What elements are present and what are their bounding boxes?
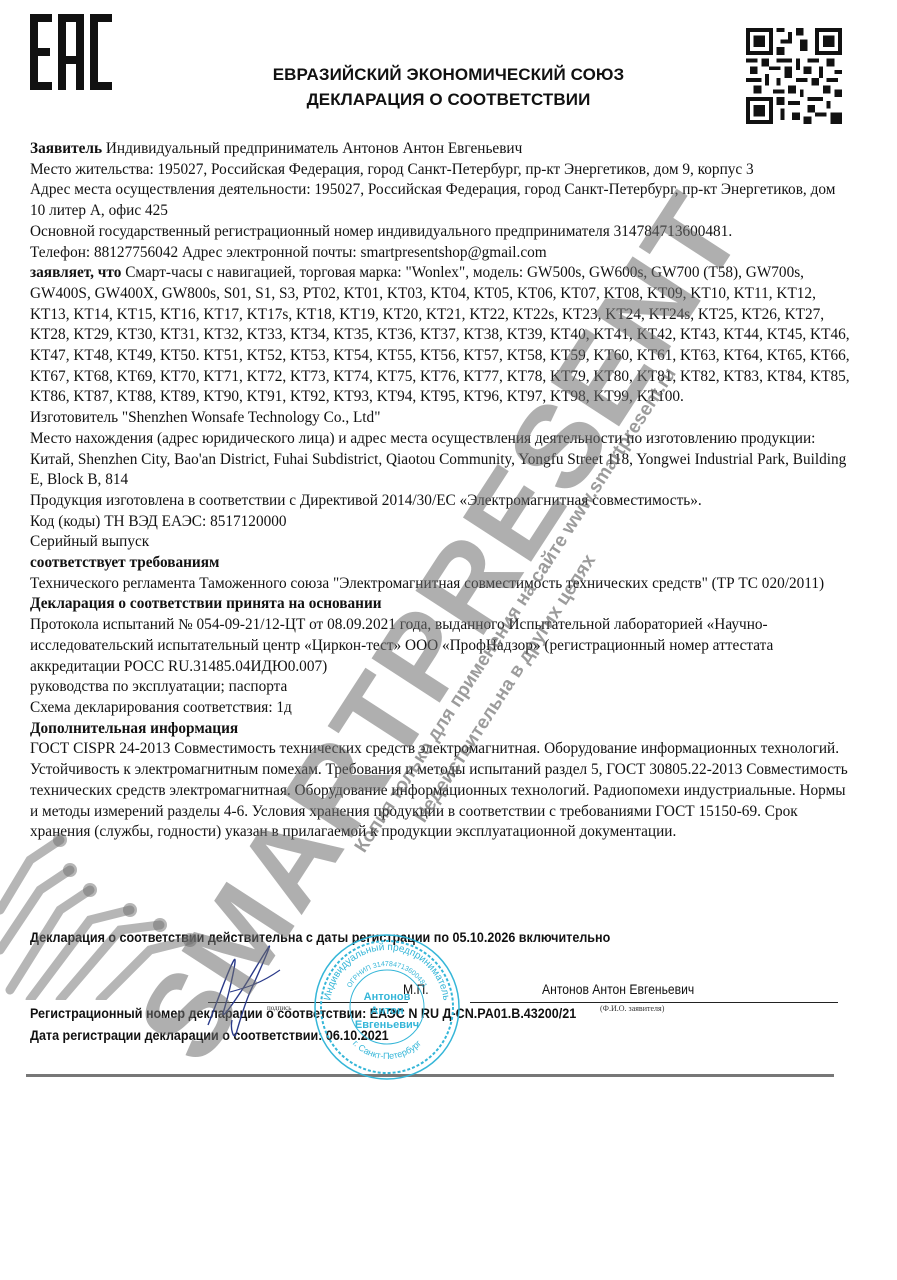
qr-code-icon	[746, 26, 842, 126]
applicant-activity-address: Адрес места осуществления деятельности: …	[30, 180, 850, 221]
declares-paragraph: заявляет, что Смарт-часы с навигацией, т…	[30, 263, 850, 408]
svg-text:г. Санкт-Петербург: г. Санкт-Петербург	[351, 1038, 424, 1061]
manufacturer-address: Место нахождения (адрес юридического лиц…	[30, 429, 850, 491]
basis-protocol: Протокола испытаний № 054-09-21/12-ЦТ от…	[30, 615, 850, 677]
name-line	[470, 1002, 838, 1003]
declares-label: заявляет, что	[30, 264, 121, 281]
tn-ved-code: Код (коды) ТН ВЭД ЕАЭС: 8517120000	[30, 512, 850, 533]
applicant-ogrn: Основной государственный регистрационный…	[30, 222, 850, 243]
applicant-label: Заявитель	[30, 140, 102, 157]
declaration-body: Заявитель Индивидуальный предприниматель…	[30, 139, 850, 843]
registration-number: Регистрационный номер декларации о соотв…	[30, 1006, 576, 1021]
release-type: Серийный выпуск	[30, 532, 850, 553]
manufacturer-directive: Продукция изготовлена в соответствии с Д…	[30, 491, 850, 512]
applicant-contacts: Телефон: 88127756042 Адрес электронной п…	[30, 243, 850, 264]
applicant-line: Заявитель Индивидуальный предприниматель…	[30, 139, 850, 160]
basis-heading: Декларация о соответствии принята на осн…	[30, 594, 850, 615]
conformity-text: Технического регламента Таможенного союз…	[30, 574, 850, 595]
additional-heading: Дополнительная информация	[30, 719, 850, 740]
manufacturer-name: Изготовитель "Shenzhen Wonsafe Technolog…	[30, 408, 850, 429]
basis-scheme: Схема декларирования соответствия: 1д	[30, 698, 850, 719]
svg-text:Евгеньевич: Евгеньевич	[355, 1019, 419, 1031]
conformity-heading: соответствует требованиям	[30, 553, 850, 574]
fio-caption: (Ф.И.О. заявителя)	[600, 1004, 664, 1013]
svg-text:ОГРНИП 314784713600481: ОГРНИП 314784713600481	[346, 961, 428, 989]
svg-text:Антон: Антон	[370, 1005, 403, 1017]
basis-docs: руководства по эксплуатации; паспорта	[30, 677, 850, 698]
company-stamp-icon: Индивидуальный предприниматель ОГРНИП 31…	[312, 932, 462, 1082]
applicant-name: Индивидуальный предприниматель Антонов А…	[102, 140, 522, 157]
svg-text:Антонов: Антонов	[364, 991, 411, 1003]
watermark-circuit-icon	[0, 760, 260, 1000]
signer-name: Антонов Антон Евгеньевич	[542, 982, 694, 997]
product-models: Смарт-часы с навигацией, торговая марка:…	[30, 264, 850, 405]
applicant-residence: Место жительства: 195027, Российская Фед…	[30, 160, 850, 181]
